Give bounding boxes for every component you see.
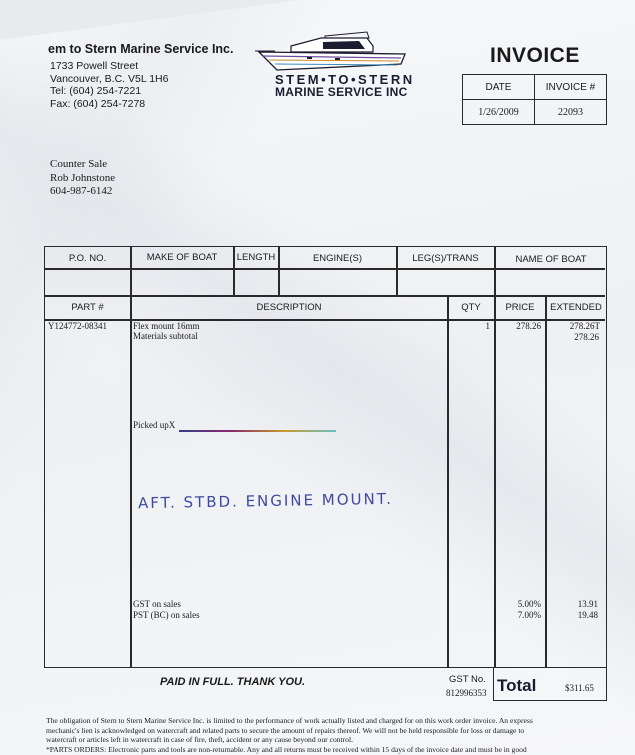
legs-trans-header: LEG(S)/TRANS xyxy=(397,253,494,264)
divider xyxy=(130,295,132,667)
po-number-header: P.O. NO. xyxy=(45,253,130,264)
pst-amount: 19.48 xyxy=(546,610,598,621)
invoice-meta-table: DATE INVOICE # 1/26/2009 22093 xyxy=(462,74,607,125)
line-item-extended: 278.26T xyxy=(546,321,600,332)
invoice-title: INVOICE xyxy=(490,44,580,68)
qty-header: QTY xyxy=(448,302,494,313)
extended-header: EXTENDED xyxy=(546,302,606,313)
line-item-price: 278.26 xyxy=(495,321,541,332)
gst-number-label: GST No. xyxy=(449,674,486,685)
company-name: em to Stern Marine Service Inc. xyxy=(48,42,234,56)
gst-label: GST on sales xyxy=(133,599,181,610)
customer-name: Rob Johnstone xyxy=(50,172,115,186)
terms-line: The obligation of Stern to Stern Marine … xyxy=(46,716,626,726)
subtotal-label: Materials subtotal xyxy=(133,331,198,342)
address-city: Vancouver, B.C. V5L 1H6 xyxy=(50,73,168,86)
divider xyxy=(447,295,449,667)
pst-rate: 7.00% xyxy=(495,610,541,621)
invoice-main-table: P.O. NO. MAKE OF BOAT LENGTH ENGINE(S) L… xyxy=(44,246,607,668)
price-header: PRICE xyxy=(495,302,545,313)
terms-line: watercraft or articles left in watercraf… xyxy=(46,735,626,745)
terms-line: *PARTS ORDERS: Electronic parts and tool… xyxy=(46,745,626,755)
engines-header: ENGINE(S) xyxy=(279,253,396,264)
customer-info: Counter Sale Rob Johnstone 604-987-6142 xyxy=(50,158,115,199)
company-address: 1733 Powell Street Vancouver, B.C. V5L 1… xyxy=(50,60,168,110)
gst-rate: 5.00% xyxy=(495,599,541,610)
pst-label: PST (BC) on sales xyxy=(133,610,200,621)
signature-line xyxy=(179,430,336,432)
address-fax: Fax: (604) 254-7278 xyxy=(50,98,168,111)
paid-message: PAID IN FULL. THANK YOU. xyxy=(160,676,305,688)
logo-line-2: MARINE SERVICE INC xyxy=(275,85,408,99)
invoice-date: 1/26/2009 xyxy=(463,100,535,125)
terms-text: The obligation of Stern to Stern Marine … xyxy=(46,716,626,754)
length-header: LENGTH xyxy=(234,252,278,263)
customer-type: Counter Sale xyxy=(50,158,115,172)
gst-number: 812996353 xyxy=(446,688,487,698)
invoice-number-header: INVOICE # xyxy=(535,75,607,100)
picked-up-label: Picked upX xyxy=(133,420,175,431)
address-street: 1733 Powell Street xyxy=(50,60,168,73)
boat-icon xyxy=(255,30,415,74)
address-phone: Tel: (604) 254-7221 xyxy=(50,85,168,98)
divider xyxy=(45,295,605,297)
terms-line: mechanic's lien is acknowledged on water… xyxy=(46,726,626,736)
total-value: $311.65 xyxy=(565,683,594,693)
gst-amount: 13.91 xyxy=(546,599,598,610)
name-of-boat-header: NAME OF BOAT xyxy=(495,254,607,265)
subtotal-value: 278.26 xyxy=(546,332,599,343)
date-header: DATE xyxy=(463,75,535,100)
company-logo: STEM•TO•STERN MARINE SERVICE INC xyxy=(255,30,415,100)
customer-phone: 604-987-6142 xyxy=(50,185,115,199)
part-number-header: PART # xyxy=(45,302,130,313)
line-item-qty: 1 xyxy=(448,321,490,332)
description-header: DESCRIPTION xyxy=(131,302,447,313)
line-item-part-number: Y124772-08341 xyxy=(48,321,107,332)
invoice-number: 22093 xyxy=(535,100,607,125)
make-of-boat-header: MAKE OF BOAT xyxy=(131,252,233,263)
divider xyxy=(45,268,605,270)
total-label: Total xyxy=(497,676,536,696)
